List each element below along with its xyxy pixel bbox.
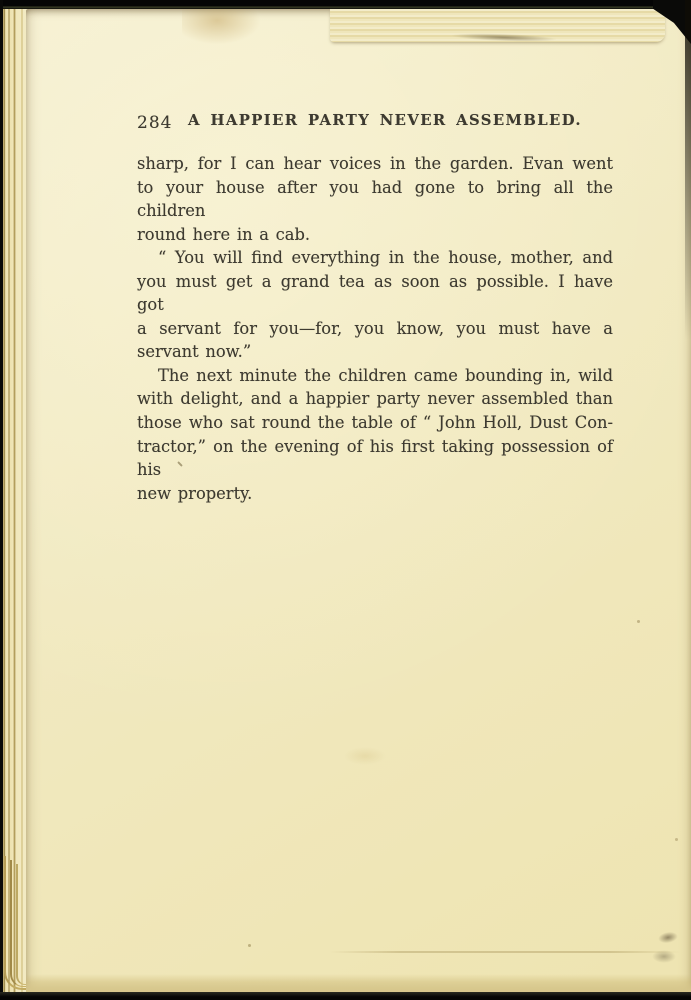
paragraph: “ You will find everything in the house,… [137,246,613,364]
paper-stain [182,8,260,44]
text-line: “ You will find everything in the house,… [137,246,613,270]
book-page: 284 A HAPPIER PARTY NEVER ASSEMBLED. sha… [26,9,691,992]
text-line: sharp, for I can hear voices in the gard… [137,152,613,176]
text-line: to your house after you had gone to brin… [137,176,613,223]
scanned-book-photo: 284 A HAPPIER PARTY NEVER ASSEMBLED. sha… [0,0,691,1000]
paper-speck [675,838,678,841]
text-line: those who sat round the table of “ John … [137,411,613,435]
printed-content: 284 A HAPPIER PARTY NEVER ASSEMBLED. sha… [137,112,613,505]
paper-speck [248,944,251,947]
page-edge-line [330,951,680,953]
text-block: sharp, for I can hear voices in the gard… [137,152,613,505]
paragraph: The next minute the children came boundi… [137,364,613,505]
text-line: round here in a cab. [137,223,613,247]
text-line: with delight, and a happier party never … [137,387,613,411]
paragraph: sharp, for I can hear voices in the gard… [137,152,613,246]
page-number: 284 [137,113,172,133]
text-line: you must get a grand tea as soon as poss… [137,270,613,317]
page-bottom-edge [26,974,691,992]
paper-stain [344,747,386,765]
photo-border-bottom [0,992,691,1000]
paper-speck [154,448,156,450]
paper-smudge [652,950,676,963]
photo-border-top [0,0,691,9]
text-line: tractor,” on the evening of his first ta… [137,435,613,482]
photo-border-right-shadow [685,0,691,340]
text-line: new property. [137,482,613,506]
paper-speck [637,620,640,623]
text-line: The next minute the children came boundi… [137,364,613,388]
chapter-running-title: A HAPPIER PARTY NEVER ASSEMBLED. [137,112,613,129]
text-line: a servant for you—for, you know, you mus… [137,317,613,341]
text-line: servant now.” [137,340,613,364]
page-edges-left [3,9,28,992]
photo-border-left [0,0,3,1000]
running-head: 284 A HAPPIER PARTY NEVER ASSEMBLED. [137,112,613,134]
